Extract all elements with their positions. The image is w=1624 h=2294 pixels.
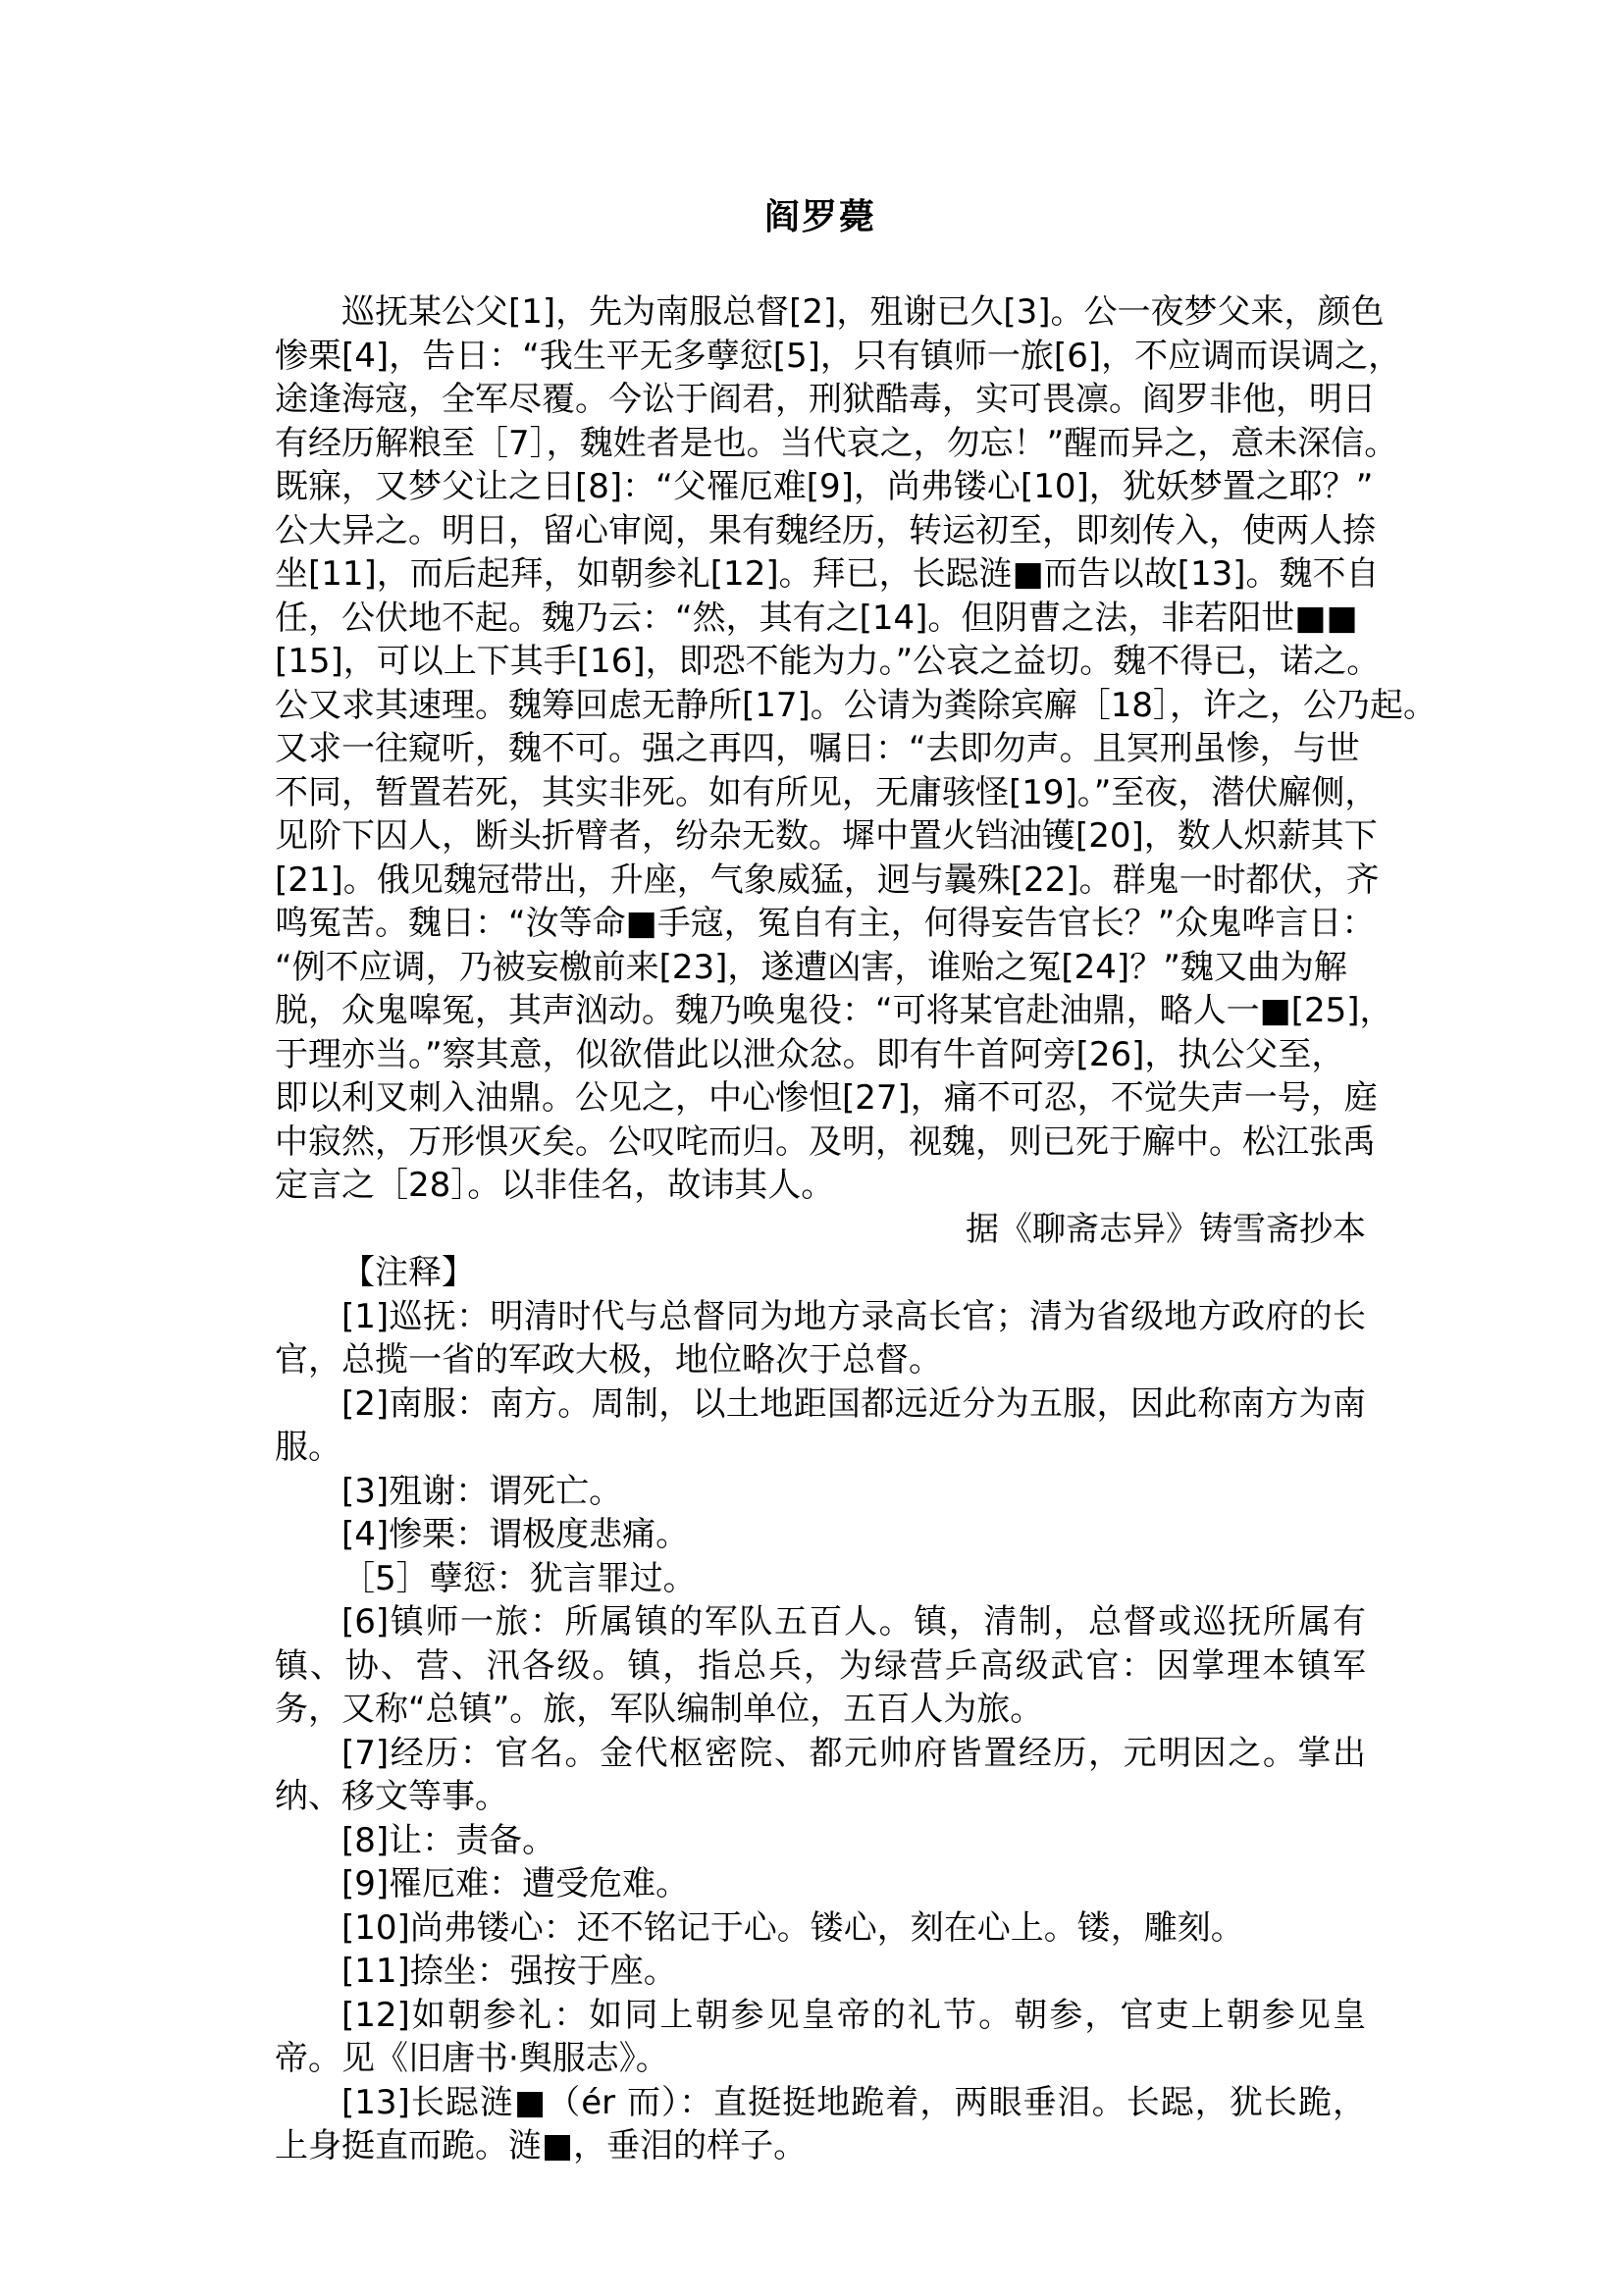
- story-line: 于理亦当。”察其意，似欲借此以泄众忿。即有牛首阿旁[26]，执公父至，: [275, 1033, 1366, 1077]
- note-item: [13]长跽涟■（ér 而）：直挺挺地跪着，两眼垂泪。长跽，犹长跪，上身挺直而跪…: [275, 2081, 1366, 2168]
- source-attribution: 据《聊斋志异》铸雪斋抄本: [275, 1208, 1366, 1252]
- note-item: [11]捺坐：强按于座。: [275, 1950, 1366, 1994]
- story-line: [21]。俄见魏冠带出，升座，气象威猛，迥与曩殊[22]。群鬼一时都伏，齐: [275, 859, 1366, 903]
- story-line: 又求一往窥听，魏不可。强之再四，嘱日：“去即勿声。且冥刑虽惨，与世: [275, 727, 1366, 771]
- story-line: 定言之［28］。以非佳名，故讳其人。: [275, 1164, 1366, 1208]
- story-paragraph: 巡抚某公父[1]，先为南服总督[2]，殂谢已久[3]。公一夜梦父来，颜色惨栗[4…: [275, 290, 1366, 1208]
- document-page: 阎罗薨 巡抚某公父[1]，先为南服总督[2]，殂谢已久[3]。公一夜梦父来，颜色…: [0, 0, 1624, 2294]
- note-item: [3]殂谢：谓死亡。: [275, 1470, 1366, 1514]
- story-line: 既寐，又梦父让之日[8]：“父罹厄难[9]，尚弗镂心[10]，犹妖梦置之耶？”: [275, 465, 1366, 509]
- story-line: “例不应调，乃被妄檄前来[23]，遂遭凶害，谁贻之冤[24]？”魏又曲为解: [275, 946, 1366, 990]
- story-line: 见阶下囚人，断头折臂者，纷杂无数。墀中置火铛油镬[20]，数人炽薪其下: [275, 814, 1366, 859]
- story-line: 公又求其速理。魏筹回虑无静所[17]。公请为粪除宾廨［18］，许之，公乃起。: [275, 684, 1366, 728]
- story-line: 有经历解粮至［7］，魏姓者是也。当代哀之，勿忘！”醒而异之，意未深信。: [275, 422, 1366, 466]
- note-item: [4]惨栗：谓极度悲痛。: [275, 1513, 1366, 1557]
- notes-section-header: 【注释】: [275, 1251, 1366, 1295]
- story-line: 途逢海寇，全军尽覆。今讼于阎君，刑狱酷毒，实可畏凛。阎罗非他，明日: [275, 378, 1366, 422]
- story-line: 公大异之。明日，留心审阅，果有魏经历，转运初至，即刻传入，使两人捺: [275, 509, 1366, 553]
- page-title: 阎罗薨: [275, 196, 1366, 239]
- note-item: [10]尚弗镂心：还不铭记于心。镂心，刻在心上。镂，雕刻。: [275, 1906, 1366, 1951]
- story-line: 任，公伏地不起。魏乃云：“然，其有之[14]。但阴曹之法，非若阳世■■: [275, 597, 1366, 641]
- story-line: 巡抚某公父[1]，先为南服总督[2]，殂谢已久[3]。公一夜梦父来，颜色: [275, 290, 1366, 335]
- note-item: [7]经历：官名。金代枢密院、都元帅府皆置经历，元明因之。掌出纳、移文等事。: [275, 1732, 1366, 1819]
- note-item: [2]南服：南方。周制，以土地距国都远近分为五服，因此称南方为南服。: [275, 1382, 1366, 1470]
- note-item: [12]如朝参礼：如同上朝参见皇帝的礼节。朝参，官吏上朝参见皇帝。见《旧唐书·舆…: [275, 1994, 1366, 2081]
- story-line: 鸣冤苦。魏日：“汝等命■手寇，冤自有主，何得妄告官长？”众鬼哗言日：: [275, 902, 1366, 946]
- story-line: 中寂然，万形惧灭矣。公叹咤而归。及明，视魏，则已死于廨中。松江张禹: [275, 1121, 1366, 1165]
- story-line: 即以利叉刺入油鼎。公见之，中心惨怛[27]，痛不可忍，不觉失声一号，庭: [275, 1076, 1366, 1121]
- note-item: [1]巡抚：明清时代与总督同为地方录高长官；清为省级地方政府的长官，总揽一省的军…: [275, 1295, 1366, 1382]
- note-item: [8]让：责备。: [275, 1819, 1366, 1863]
- story-line: 脱，众鬼嗥冤，其声汹动。魏乃唤鬼役：“可将某官赴油鼎，略人一■[25]，: [275, 989, 1366, 1033]
- note-item: [9]罹厄难：遭受危难。: [275, 1862, 1366, 1906]
- notes-list: [1]巡抚：明清时代与总督同为地方录高长官；清为省级地方政府的长官，总揽一省的军…: [275, 1295, 1366, 2168]
- note-item: ［5］孽愆：犹言罪过。: [275, 1557, 1366, 1601]
- story-line: 坐[11]，而后起拜，如朝参礼[12]。拜已，长跽涟■而告以故[13]。魏不自: [275, 552, 1366, 597]
- document-content: 阎罗薨 巡抚某公父[1]，先为南服总督[2]，殂谢已久[3]。公一夜梦父来，颜色…: [275, 196, 1366, 2168]
- story-line: 惨栗[4]，告日：“我生平无多孽愆[5]，只有镇师一旅[6]，不应调而误调之，: [275, 335, 1366, 379]
- story-line: 不同，暂置若死，其实非死。如有所见，无庸骇怪[19]。”至夜，潜伏廨侧，: [275, 771, 1366, 815]
- story-line: [15]，可以上下其手[16]，即恐不能为力。”公哀之益切。魏不得已，诺之。: [275, 640, 1366, 684]
- note-item: [6]镇师一旅：所属镇的军队五百人。镇，清制，总督或巡抚所属有镇、协、营、汛各级…: [275, 1600, 1366, 1732]
